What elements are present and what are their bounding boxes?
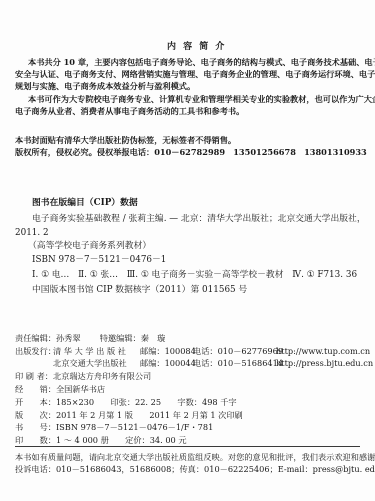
- publisher-url: http://www.tup.com.cn: [276, 346, 370, 356]
- imprint-value: 185×230 印张：22. 25 字数：498 千字: [56, 397, 237, 407]
- imprint-row-isbn: 书 号：ISBN 978－7－5121－0476－1/F・781: [15, 422, 213, 432]
- imprint-label: 书 号：: [15, 422, 56, 432]
- anti-counterfeit-notice: 本书封面贴有清华大学出版社防伪标签，无标签者不得销售。: [15, 135, 236, 145]
- imprint-value: ISBN 978－7－5121－0476－1/F・781: [56, 422, 213, 432]
- publisher-label: 出版发行：: [15, 346, 56, 356]
- publisher-postcode: 邮编：100084: [140, 346, 196, 356]
- cip-header: 图书在版编目（CIP）数据: [32, 198, 138, 208]
- invited-editor-label: 特邀编辑：: [100, 333, 141, 343]
- imprint-value: 2011 年 2 月第 1 版 2011 年 2 月第 1 次印刷: [56, 410, 243, 420]
- quality-notice: 本书如有质量问题，请向北京交通大学出版社质监组反映。对您的意见和批评，我们表示欢…: [15, 452, 375, 462]
- publisher-url: http://press.bjtu.edu.cn: [276, 358, 373, 368]
- imprint-value: 全国新华书店: [56, 384, 105, 394]
- editor-label: 责任编辑：: [15, 333, 56, 343]
- intro-title: 内 容 简 介: [167, 42, 226, 52]
- cip-line: （高等学校电子商务系列教材）: [28, 241, 151, 251]
- imprint-label: 印 刷 者：: [15, 371, 53, 381]
- complaint-contacts: 投诉电话：010－51686043，51686008；传真：010－622254…: [15, 464, 375, 474]
- intro-line: 安全与认证、电子商务支付、网络营销实施与管理、电子商务企业的管理、电子商务运行环…: [15, 69, 375, 79]
- intro-line: 电子商务从业者、消费者从事电子商务活动的工具书和参考书。: [15, 106, 244, 116]
- copyright-rights: 版权所有，侵权必究。侵权举报电话：010－62782989 1350125667…: [15, 147, 367, 157]
- imprint-row-printer: 印 刷 者：北京瑞达方舟印务有限公司: [15, 371, 151, 381]
- editor-name: 孙秀翠: [56, 333, 81, 343]
- imprint-label: 版 次：: [15, 410, 56, 420]
- imprint-row-print-run: 印 数：1 ～ 4 000 册 定价：34. 00 元: [15, 435, 187, 445]
- imprint-row-format: 开 本：185×230 印张：22. 25 字数：498 千字: [15, 397, 237, 407]
- divider-rule: [15, 446, 360, 447]
- publisher-postcode: 邮编：100044: [140, 358, 196, 368]
- intro-line: 本书共分 10 章，主要内容包括电子商务导论、电子商务的结构与模式、电子商务技术…: [28, 57, 375, 67]
- invited-editor-name: 秦 璇: [141, 333, 166, 343]
- imprint-label: 开 本：: [15, 397, 56, 407]
- imprint-label: 经 销：: [15, 384, 56, 394]
- imprint-row-edition: 版 次：2011 年 2 月第 1 版 2011 年 2 月第 1 次印刷: [15, 410, 243, 420]
- intro-line: 规划与实施、电子商务成本效益分析与盈利模式。: [15, 81, 195, 91]
- publisher-name: 清 华 大 学 出 版 社: [53, 346, 126, 356]
- imprint-row-distributor: 经 销：全国新华书店: [15, 384, 105, 394]
- editors-row: 责任编辑：孙秀翠 特邀编辑：秦 璇: [15, 333, 165, 343]
- cip-line: 电子商务实验基础教程 / 张莉主编. — 北京：清华大学出版社；北京交通大学出版…: [32, 214, 366, 224]
- imprint-value: 北京瑞达方舟印务有限公司: [53, 371, 151, 381]
- imprint-value: 1 ～ 4 000 册 定价：34. 00 元: [56, 435, 187, 445]
- publisher-phone: 电话：010－51686414: [193, 358, 283, 368]
- intro-line: 本书可作为大专院校电子商务专业、计算机专业和管理学相关专业的实验教材，也可以作为…: [28, 94, 375, 104]
- cip-line: ISBN 978－7－5121－0476－1: [32, 255, 166, 265]
- cip-line: Ⅰ. ① 电… Ⅱ. ① 张… Ⅲ. ① 电子商务－实验－高等学校－教材 Ⅳ. …: [32, 270, 357, 280]
- cip-line: 中国版本图书馆 CIP 数据核字（2011）第 011565 号: [32, 285, 247, 295]
- publisher-phone: 电话：010－62776969: [193, 346, 283, 356]
- cip-line: 2011. 2: [15, 228, 49, 238]
- imprint-label: 印 数：: [15, 435, 56, 445]
- publisher-name: 北京交通大学出版社: [53, 358, 127, 368]
